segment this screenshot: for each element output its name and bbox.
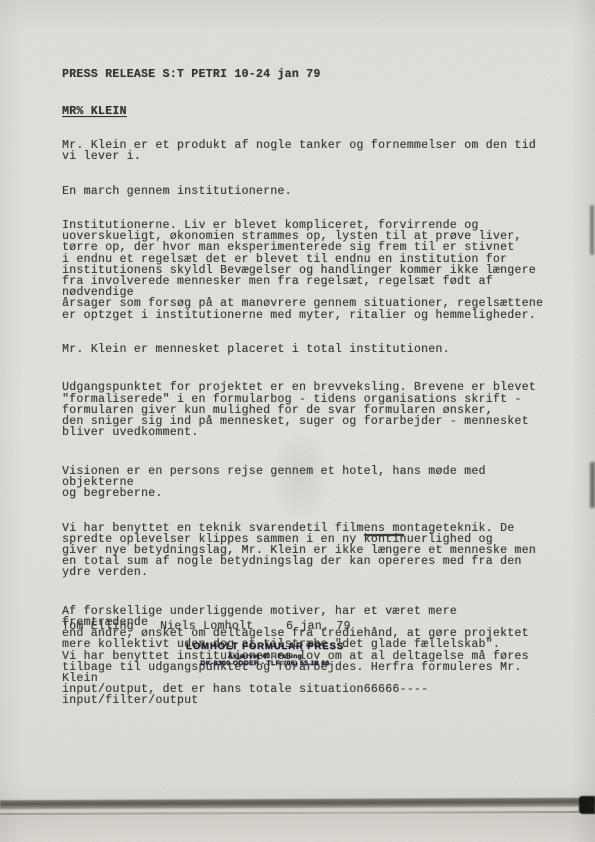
paragraph-institutions: Institutionerne. Liv er blevet komplicer… (62, 220, 548, 321)
signature-tom-elling: Tom Elling (62, 620, 134, 633)
scan-edge-streak (590, 462, 595, 508)
paragraph-march: En march gennem institutionerne. (62, 186, 548, 197)
paragraph-total-institution: Mr. Klein er mennesket placeret i total … (62, 344, 548, 355)
scan-edge-streak (590, 205, 594, 255)
paper-smudge (270, 430, 330, 520)
stamp-street-address: Akjærvej 40 - Falling (140, 653, 390, 660)
signature-niels-lomholt: Niels Lomholt (160, 620, 253, 633)
document-title: MR% KLEIN (62, 106, 127, 117)
overstrike-mark (364, 534, 404, 536)
signature-date: 6 jan. 79 (286, 620, 351, 633)
press-release-header: PRESS RELEASE S:T PETRI 10-24 jan 79 (62, 69, 548, 80)
scan-corner-blob (579, 796, 595, 814)
stamp-city-phone: DK-8300 ODDER - TLF. (06) 55 18 66 (140, 660, 390, 667)
scanned-document-page: PRESS RELEASE S:T PETRI 10-24 jan 79 MR%… (0, 0, 595, 842)
signature-row: Tom Elling Niels Lomholt 6 jan. 79 (62, 620, 482, 634)
scan-shadow-line (0, 811, 595, 815)
paragraph-montage: Vi har benyttet en teknik svarendetil fi… (62, 523, 548, 579)
paragraph-intro: Mr. Klein er et produkt af nogle tanker … (62, 140, 548, 162)
stamp-press-name: LOMHOLT FORMULAR PRESS (140, 641, 390, 652)
scan-shadow-band (0, 798, 595, 810)
publisher-stamp: LOMHOLT FORMULAR PRESS Akjærvej 40 - Fal… (140, 641, 390, 667)
